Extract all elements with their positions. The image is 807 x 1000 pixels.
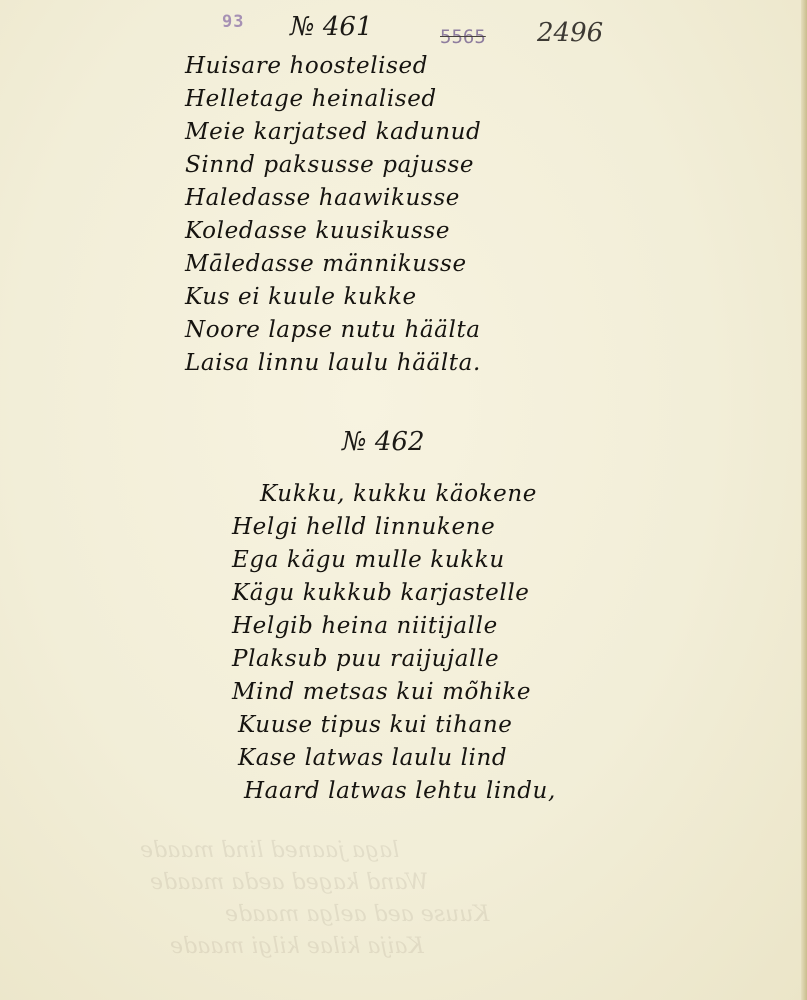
poem-line: Haledasse haawikusse — [185, 182, 481, 215]
page-edge — [801, 0, 807, 1000]
poem-line: Kase latwas laulu lind — [232, 742, 556, 775]
poem-line: Plaksub puu raijujalle — [232, 643, 556, 676]
poem-line: Mind metsas kui mõhike — [232, 676, 556, 709]
bleed-through-line: Kaija kilae kilgi maade — [170, 934, 424, 959]
poem-line: Meie karjatsed kadunud — [185, 116, 481, 149]
poem-line: Ega kägu mulle kukku — [232, 544, 556, 577]
poem-line: Haard latwas lehtu lindu, — [232, 775, 556, 808]
poem-line: Laisa linnu laulu häälta. — [185, 347, 481, 380]
poem-line: Kus ei kuule kukke — [185, 281, 481, 314]
crossed-out-number: 5565 — [440, 26, 486, 48]
poem-line: Kuuse tipus kui tihane — [232, 709, 556, 742]
song-number-462: № 462 — [342, 427, 425, 457]
poem-462: Kukku, kukku käokene Helgi helld linnuke… — [232, 478, 556, 808]
bleed-through-line: Wand kaged aeda maade — [150, 870, 428, 895]
poem-line: Koledasse kuusikusse — [185, 215, 481, 248]
poem-line: Sinnd paksusse pajusse — [185, 149, 481, 182]
bleed-through-line: Kuuse aed aelga maade — [225, 902, 489, 927]
poem-line: Kukku, kukku käokene — [232, 478, 556, 511]
page-header: 93 № 461 5565 2496 — [0, 6, 807, 56]
poem-461: Huisare hoostelised Helletage heinalised… — [185, 50, 481, 380]
poem-line: Huisare hoostelised — [185, 50, 481, 83]
poem-line: Helletage heinalised — [185, 83, 481, 116]
archive-number: 2496 — [537, 18, 603, 48]
ink-stamp: 93 — [222, 12, 244, 32]
poem-line: Kägu kukkub karjastelle — [232, 577, 556, 610]
bleed-through-line: laga jaaned lind maade — [140, 838, 399, 863]
poem-line: Helgib heina niitijalle — [232, 610, 556, 643]
song-number-461: № 461 — [290, 12, 373, 42]
poem-line: Māledasse männikusse — [185, 248, 481, 281]
poem-line: Noore lapse nutu häälta — [185, 314, 481, 347]
manuscript-page: laga jaaned lind maade Wand kaged aeda m… — [0, 0, 807, 1000]
poem-line: Helgi helld linnukene — [232, 511, 556, 544]
